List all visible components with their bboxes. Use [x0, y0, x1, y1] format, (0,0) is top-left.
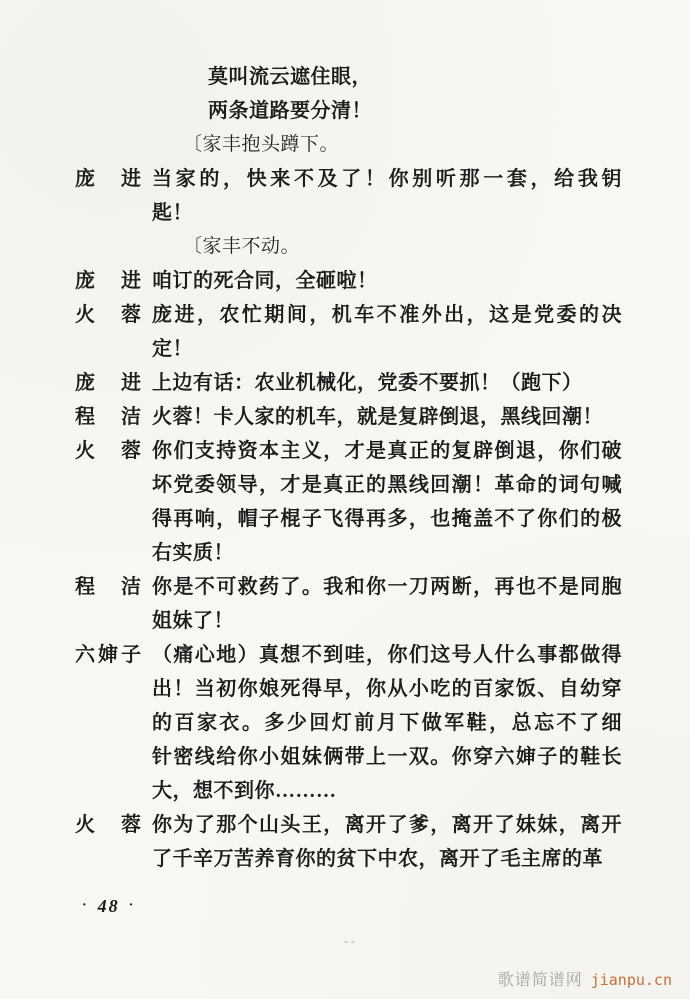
- script-line: 的百家衣。多少回灯前月下做军鞋，总忘不了细: [152, 706, 622, 740]
- script-entry: 〔家丰不动。: [152, 230, 622, 264]
- speaker-name-char: 庞: [75, 366, 95, 400]
- watermark-site-name: 歌谱简谱网: [498, 972, 583, 989]
- script-line: 姐妹了！: [152, 604, 622, 638]
- speaker-name: 程洁: [75, 570, 141, 604]
- script-entry: 六婶子（痛心地）真想不到哇，你们这号人什么事都做得出！当初你娘死得早，你从小吃的…: [152, 638, 622, 808]
- speaker-name-char: 婶: [98, 638, 118, 672]
- speaker-name-char: 程: [75, 570, 95, 604]
- script-entry: 庞进咱订的死合同，全砸啦！: [152, 264, 622, 298]
- speaker-name: 庞进: [75, 366, 141, 400]
- script-entry: 火蓉你为了那个山头王，离开了爹，离开了妹妹，离开了千辛万苦养育你的贫下中农，离开…: [152, 808, 622, 876]
- speaker-name-char: 蓉: [121, 434, 141, 468]
- page-number-right-dot: ·: [129, 898, 136, 914]
- script-line: 了千辛万苦养育你的贫下中农，离开了毛主席的革: [152, 842, 622, 876]
- speaker-name-char: 洁: [121, 400, 141, 434]
- speaker-name: 庞进: [75, 264, 141, 298]
- script-entry: 程洁火蓉！卡人家的机车，就是复辟倒退，黑线回潮！: [152, 400, 622, 434]
- script-line: （痛心地）真想不到哇，你们这号人什么事都做得: [152, 638, 622, 672]
- script-line: 坏党委领导，才是真正的黑线回潮！革命的词句喊: [152, 468, 622, 502]
- script-entry: 火蓉你们支持资本主义，才是真正的复辟倒退，你们破坏党委领导，才是真正的黑线回潮！…: [152, 434, 622, 570]
- script-line: 定！: [152, 332, 622, 366]
- script-line: 匙！: [152, 196, 622, 230]
- speaker-name-char: 庞: [75, 162, 95, 196]
- speaker-name-char: 蓉: [121, 808, 141, 842]
- speaker-name: 六婶子: [75, 638, 141, 672]
- script-entry: 〔家丰抱头蹲下。: [152, 128, 622, 162]
- script-line: 〔家丰抱头蹲下。: [183, 128, 622, 162]
- speaker-name-char: 程: [75, 400, 95, 434]
- script-line: 庞进，农忙期间，机车不准外出，这是党委的决: [152, 298, 622, 332]
- script-line: 得再响，帽子棍子飞得再多，也掩盖不了你们的极: [152, 502, 622, 536]
- speaker-name-char: 蓉: [121, 298, 141, 332]
- page-number-left-dot: ·: [82, 898, 89, 914]
- speaker-name: 火蓉: [75, 298, 141, 332]
- speaker-name-char: 火: [75, 434, 95, 468]
- speaker-name-char: 火: [75, 808, 95, 842]
- speaker-name-char: 进: [121, 264, 141, 298]
- script-entry: 程洁你是不可救药了。我和你一刀两断，再也不是同胞姐妹了！: [152, 570, 622, 638]
- script-entry: 庞进当家的，快来不及了！你别听那一套，给我钥匙！: [152, 162, 622, 230]
- page-number-value: 48: [98, 896, 120, 917]
- speaker-name-char: 火: [75, 298, 95, 332]
- script-line: 你为了那个山头王，离开了爹，离开了妹妹，离开: [152, 808, 622, 842]
- script-line: 〔家丰不动。: [183, 230, 622, 264]
- speaker-name-char: 庞: [75, 264, 95, 298]
- script-line: 右实质！: [152, 536, 622, 570]
- script-body: 莫叫流云遮住眼，两条道路要分清！〔家丰抱头蹲下。庞进当家的，快来不及了！你别听那…: [152, 60, 622, 876]
- page-number: · 48 ·: [82, 896, 135, 917]
- speaker-name: 程洁: [75, 400, 141, 434]
- speaker-name-char: 子: [121, 638, 141, 672]
- script-entry: 莫叫流云遮住眼，两条道路要分清！: [152, 60, 622, 128]
- script-entry: 火蓉庞进，农忙期间，机车不准外出，这是党委的决定！: [152, 298, 622, 366]
- speaker-name-char: 六: [75, 638, 95, 672]
- script-line: 咱订的死合同，全砸啦！: [152, 264, 622, 298]
- script-line: 你们支持资本主义，才是真正的复辟倒退，你们破: [152, 434, 622, 468]
- script-line: 当家的，快来不及了！你别听那一套，给我钥: [152, 162, 622, 196]
- speaker-name: 火蓉: [75, 808, 141, 842]
- script-line: 两条道路要分清！: [208, 94, 622, 128]
- script-line: 莫叫流云遮住眼，: [208, 60, 622, 94]
- speaker-name-char: 洁: [121, 570, 141, 604]
- script-line: 出！当初你娘死得早，你从小吃的百家饭、自幼穿: [152, 672, 622, 706]
- script-entry: 庞进上边有话：农业机械化，党委不要抓！（跑下）: [152, 366, 622, 400]
- script-line: 火蓉！卡人家的机车，就是复辟倒退，黑线回潮！: [152, 400, 622, 434]
- script-line: 针密线给你小姐妹俩带上一双。你穿六婶子的鞋长: [152, 740, 622, 774]
- script-line: 上边有话：农业机械化，党委不要抓！（跑下）: [152, 366, 622, 400]
- script-line: 你是不可救药了。我和你一刀两断，再也不是同胞: [152, 570, 622, 604]
- speaker-name-char: 进: [121, 162, 141, 196]
- script-line: 大，想不到你………: [152, 774, 622, 808]
- watermark-site-url: jianpu.cn: [591, 971, 672, 989]
- scan-artifact-mark: --: [344, 934, 358, 949]
- speaker-name: 火蓉: [75, 434, 141, 468]
- watermark: 歌谱简谱网 jianpu.cn: [498, 967, 672, 990]
- speaker-name-char: 进: [121, 366, 141, 400]
- scanned-page: 莫叫流云遮住眼，两条道路要分清！〔家丰抱头蹲下。庞进当家的，快来不及了！你别听那…: [0, 0, 690, 999]
- speaker-name: 庞进: [75, 162, 141, 196]
